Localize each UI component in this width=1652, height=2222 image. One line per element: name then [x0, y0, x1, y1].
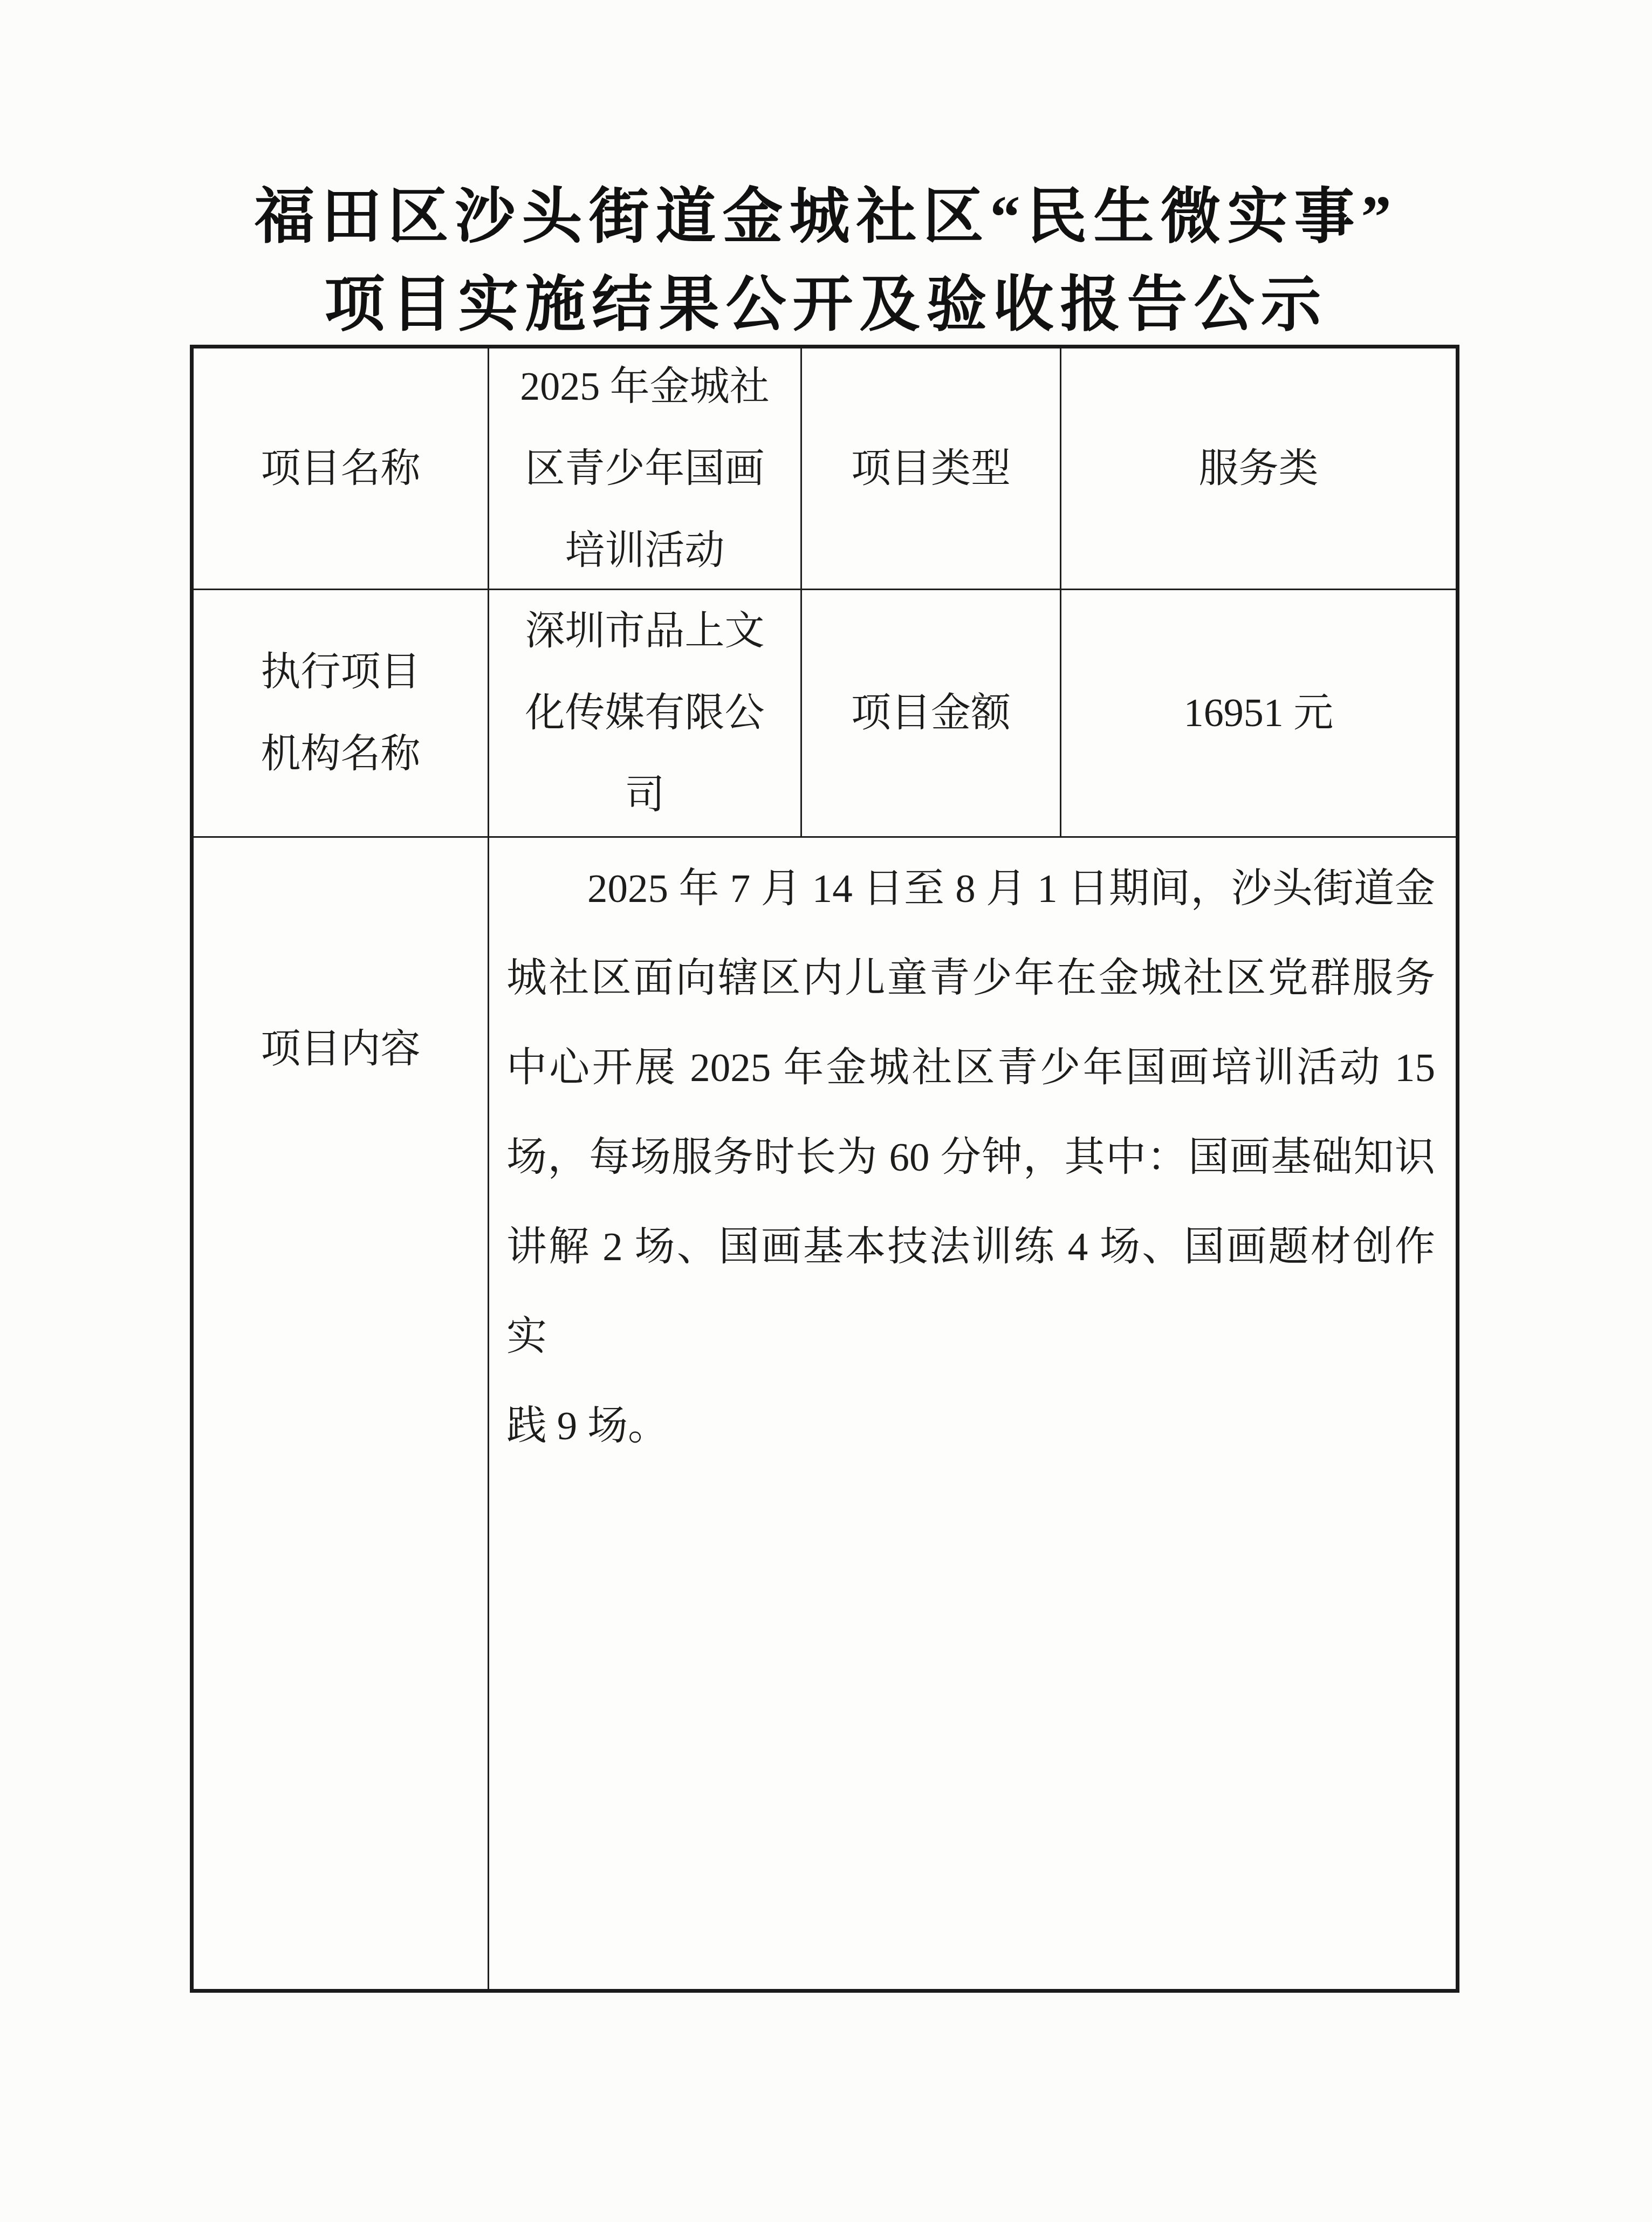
title-line-2: 项目实施结果公开及验收报告公示 [0, 262, 1652, 350]
project-name-line-1: 2025 年金城社 [520, 348, 770, 428]
content-line-1: 2025 年 7 月 14 日至 8 月 1 日期间，沙头街道金 [506, 844, 1435, 934]
page-title: 福田区沙头街道金城社区“民生微实事” 项目实施结果公开及验收报告公示 [0, 174, 1652, 350]
content-line-5: 讲解 2 场、国画基本技法训练 4 场、国画题材创作实 [506, 1202, 1435, 1382]
project-type-value-cell: 服务类 [1061, 348, 1456, 590]
org-value-line-3: 司 [625, 754, 665, 836]
project-type-value: 服务类 [1199, 428, 1319, 510]
project-name-label-cell: 项目名称 [194, 348, 489, 590]
org-label-line-2: 机构名称 [261, 713, 421, 795]
project-type-label-cell: 项目类型 [802, 348, 1061, 590]
content-line-6: 践 9 场。 [506, 1382, 1435, 1471]
org-label-line-1: 执行项目 [261, 631, 421, 713]
content-value-cell: 2025 年 7 月 14 日至 8 月 1 日期间，沙头街道金 城社区面向辖区… [489, 838, 1456, 1989]
amount-value: 16951 元 [1184, 672, 1334, 754]
org-label-cell: 执行项目 机构名称 [194, 590, 489, 838]
content-line-4: 场，每场服务时长为 60 分钟，其中：国画基础知识 [506, 1113, 1435, 1202]
project-name-line-2: 区青少年国画 [525, 428, 765, 510]
org-value-cell: 深圳市品上文 化传媒有限公 司 [489, 590, 802, 838]
content-label: 项目内容 [261, 1008, 421, 1090]
org-value-line-1: 深圳市品上文 [525, 590, 765, 672]
document-page: 福田区沙头街道金城社区“民生微实事” 项目实施结果公开及验收报告公示 项目名称 … [0, 0, 1652, 2222]
org-value-line-2: 化传媒有限公 [525, 672, 765, 754]
project-type-label: 项目类型 [851, 428, 1011, 510]
amount-value-cell: 16951 元 [1061, 590, 1456, 838]
content-label-cell: 项目内容 [194, 838, 489, 1989]
project-name-label: 项目名称 [261, 428, 421, 510]
amount-label: 项目金额 [851, 672, 1011, 754]
content-line-2: 城社区面向辖区内儿童青少年在金城社区党群服务 [506, 934, 1435, 1023]
project-name-line-3: 培训活动 [565, 510, 725, 591]
project-notice-table: 项目名称 2025 年金城社 区青少年国画 培训活动 项目类型 服务类 执行项目… [190, 345, 1459, 1993]
title-line-1: 福田区沙头街道金城社区“民生微实事” [0, 174, 1652, 262]
content-line-3: 中心开展 2025 年金城社区青少年国画培训活动 15 [506, 1023, 1435, 1113]
project-name-value-cell: 2025 年金城社 区青少年国画 培训活动 [489, 348, 802, 590]
amount-label-cell: 项目金额 [802, 590, 1061, 838]
